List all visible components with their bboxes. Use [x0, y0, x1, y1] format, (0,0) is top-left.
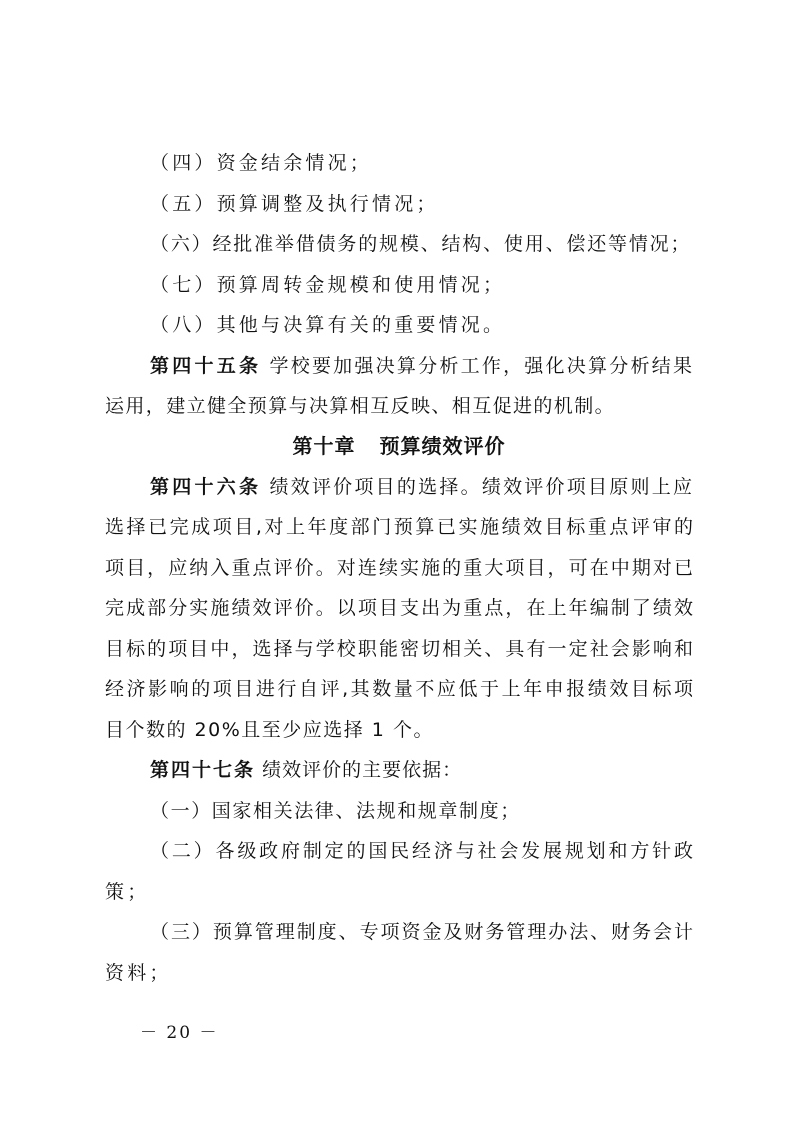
- article-45-text: 学校要加强决算分析工作，强化决算分析结果: [269, 355, 693, 377]
- article-45-label: 第四十五条: [150, 355, 261, 377]
- article-46-line-3: 项目，应纳入重点评价。对连续实施的重大项目，可在中期对已: [105, 556, 693, 580]
- article-47-first-line: 第四十七条 绩效评价的主要依据：: [150, 758, 693, 782]
- document-page: （四）资金结余情况； （五）预算调整及执行情况； （六）经批准举借债务的规模、结…: [0, 0, 794, 1123]
- list-item-5: （五）预算调整及执行情况；: [150, 192, 693, 216]
- chapter-heading: 第十章预算绩效评价: [105, 434, 693, 458]
- list-item-4: （四）资金结余情况；: [150, 151, 693, 175]
- basis-item-1: （一）国家相关法律、法规和规章制度；: [150, 799, 693, 823]
- basis-item-2-continuation: 策；: [105, 880, 693, 904]
- basis-item-3: （三）预算管理制度、专项资金及财务管理办法、财务会计: [150, 920, 693, 944]
- article-46-line-6: 经济影响的项目进行自评,其数量不应低于上年申报绩效目标项: [105, 677, 693, 701]
- chapter-title: 预算绩效评价: [380, 434, 506, 458]
- article-47-label: 第四十七条: [150, 759, 255, 781]
- article-47-text: 绩效评价的主要依据：: [262, 759, 462, 781]
- article-46-line-2: 选择已完成项目,对上年度部门预算已实施绩效目标重点评审的: [105, 515, 693, 539]
- article-46-line-4: 完成部分实施绩效评价。以项目支出为重点，在上年编制了绩效: [105, 596, 693, 620]
- article-46-line-5: 目标的项目中，选择与学校职能密切相关、具有一定社会影响和: [105, 637, 693, 661]
- article-45-continuation: 运用，建立健全预算与决算相互反映、相互促进的机制。: [105, 394, 693, 418]
- basis-item-3-continuation: 资料；: [105, 961, 693, 985]
- article-45-first-line: 第四十五条 学校要加强决算分析工作，强化决算分析结果: [150, 354, 693, 378]
- list-item-6: （六）经批准举借债务的规模、结构、使用、偿还等情况；: [150, 232, 690, 256]
- list-item-7: （七）预算周转金规模和使用情况；: [150, 273, 693, 297]
- article-46-label: 第四十六条: [150, 476, 261, 498]
- chapter-number: 第十章: [293, 434, 356, 458]
- list-item-8: （八）其他与决算有关的重要情况。: [150, 313, 693, 337]
- article-46-first-line: 第四十六条 绩效评价项目的选择。绩效评价项目原则上应: [150, 475, 693, 499]
- basis-item-2: （二）各级政府制定的国民经济与社会发展规划和方针政: [150, 839, 693, 863]
- page-number: － 20 －: [140, 1018, 218, 1043]
- article-46-text: 绩效评价项目的选择。绩效评价项目原则上应: [269, 476, 693, 498]
- article-46-line-7: 目个数的 20%且至少应选择 1 个。: [105, 718, 693, 742]
